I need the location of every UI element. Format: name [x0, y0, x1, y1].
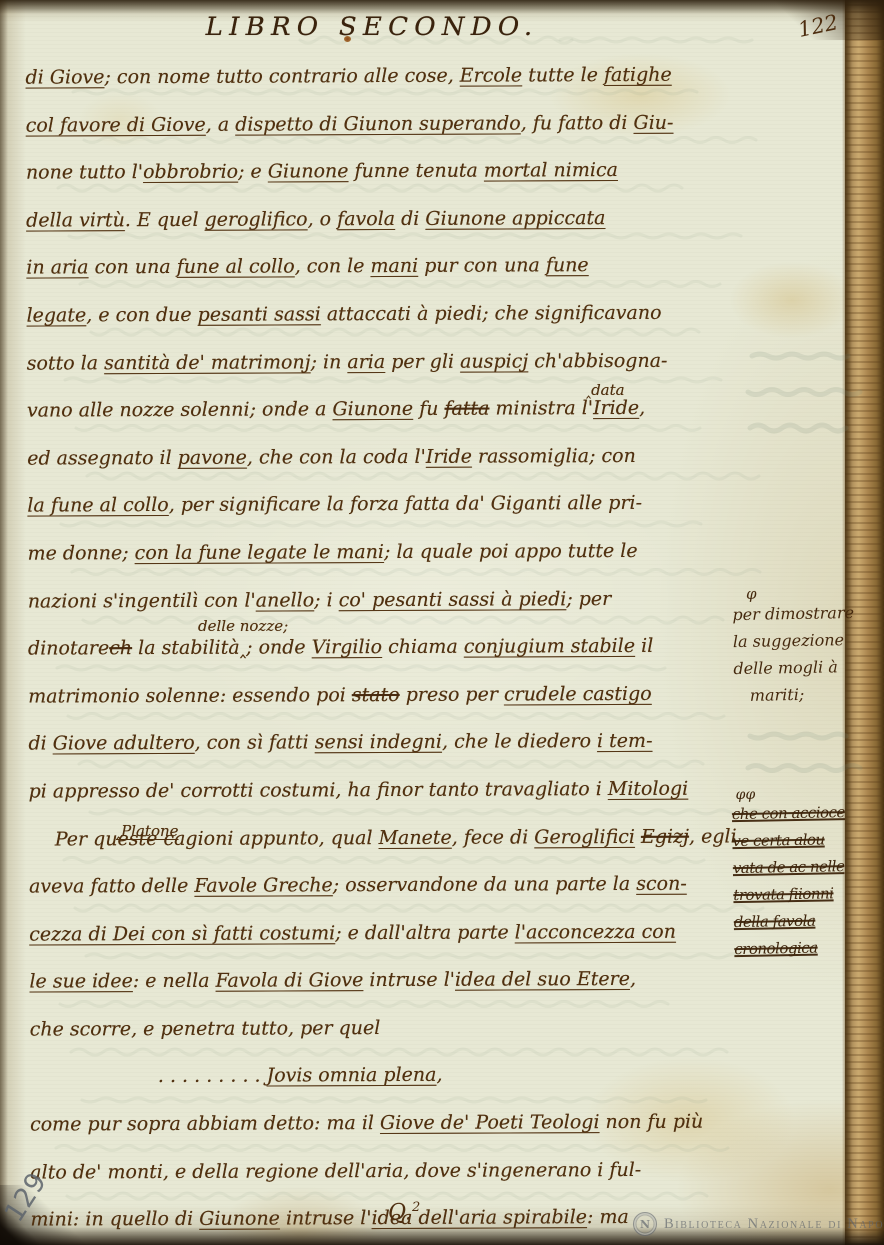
manuscript-line: matrimonio solenne: essendo poi stato pr… [28, 670, 744, 721]
text-segment: Giunone [332, 398, 413, 420]
text-segment: di [395, 208, 425, 230]
text-segment: intruse l' [363, 969, 455, 991]
text-segment: fatighe [604, 64, 672, 86]
text-segment: Giunone appiccata [425, 207, 605, 230]
text-segment: me donne; [28, 542, 135, 564]
text-segment: ch [109, 637, 132, 659]
text-segment: Giove de' Poeti Teologi [380, 1111, 600, 1134]
text-segment: rassomiglia; con [472, 445, 636, 468]
margin-note-line: mariti; [734, 680, 862, 709]
text-segment: , fu fatto di [521, 112, 634, 134]
text-segment: stato [352, 684, 400, 706]
catchword-sup: 2 [412, 1200, 420, 1215]
text-segment: l'acconcezza con [515, 920, 676, 943]
text-segment: pavone [178, 446, 247, 468]
text-segment: . . . . . . . . . [158, 1065, 267, 1087]
text-segment: intruse l' [280, 1207, 372, 1229]
text-segment: ; in [311, 351, 348, 373]
manuscript-photo: LIBRO SECONDO. 122 di Giove; con nome tu… [0, 0, 884, 1245]
text-segment: chiama [382, 636, 464, 658]
catchword-base: Q. [388, 1200, 412, 1225]
ink-spot [344, 36, 351, 42]
text-segment: cezza di Dei con sì fatti costumi [29, 922, 335, 945]
text-segment: Giunone [199, 1208, 280, 1230]
text-segment: legate [26, 304, 86, 326]
interlinear-insertion: ‸data [586, 381, 625, 399]
text-segment: dispetto di Giunon superando [235, 112, 521, 135]
text-segment: scon- [636, 873, 687, 895]
manuscript-line: pi appresso de' corrotti costumi, ha fin… [29, 765, 745, 816]
manuscript-line: le sue idee: e nella Favola di Giove int… [29, 956, 745, 1007]
text-segment: dinotare [28, 637, 109, 659]
text-segment: tutte le [522, 64, 604, 86]
text-segment: fu [413, 398, 444, 420]
manuscript-line: col favore di Giove, a dispetto di Giuno… [26, 99, 742, 150]
manuscript-line: legate, e con due pesanti sassi attaccat… [26, 289, 742, 340]
text-segment: in aria [26, 257, 88, 279]
text-segment: , che con la coda l' [247, 446, 426, 469]
text-segment: Per queste cagioni appunto, qual [55, 827, 379, 850]
manuscript-line: la fune al collo, per significare la for… [27, 480, 743, 531]
manuscript-line: me donne; con la fune legate le mani; la… [27, 527, 743, 578]
text-segment: vano alle nozze solenni; onde a [27, 398, 333, 421]
page-title: LIBRO SECONDO. [206, 12, 539, 41]
manuscript-text-block: di Giove; con nome tutto contrario alle … [25, 51, 746, 1244]
text-segment: ; e dall'altra parte [335, 921, 515, 944]
text-segment: aveva fatto delle [29, 875, 194, 898]
text-segment: Geroglifici [534, 825, 635, 847]
text-segment: Ercole [460, 64, 522, 86]
margin-note-line: cronologica [734, 934, 860, 963]
margin-note-line: la suggezione [733, 626, 861, 655]
catchword: Q.2 [388, 1200, 420, 1225]
text-segment: ed assegnato il [27, 447, 178, 470]
manuscript-line: aveva fatto delle Favole Greche; osserva… [29, 861, 745, 912]
text-segment: , e con due [86, 304, 198, 326]
text-segment: Mitologi [608, 778, 688, 800]
manuscript-line: cezza di Dei con sì fatti costumi; e dal… [29, 908, 745, 959]
manuscript-line: di Giove adultero, con sì fatti sensi in… [28, 718, 744, 769]
text-segment: . E quel [125, 209, 205, 231]
text-segment: , egli [689, 825, 737, 847]
text-segment: : e nella [133, 970, 216, 992]
text-segment: pesanti sassi [198, 303, 321, 326]
manuscript-line: . . . . . . . . . Jovis omnia plena, [30, 1051, 746, 1102]
text-segment: sotto la [27, 352, 104, 374]
manuscript-line: sotto la santità de' matrimonj; in aria … [27, 337, 743, 388]
manuscript-line: in aria con una fune al collo, con le ma… [26, 242, 742, 293]
text-segment: mortal nimica [484, 159, 618, 182]
text-segment: di Giove [25, 66, 104, 88]
manuscript-line: della virtù. E quel geroglifico, o favol… [26, 194, 742, 245]
text-segment: Virgilio [312, 636, 382, 658]
interlinear-insertion: ‸Platone [116, 822, 179, 840]
text-segment: idea del suo Etere [455, 968, 630, 991]
text-segment: anello [256, 589, 315, 611]
manuscript-line: vano alle nozze solenni; onde a Giunone … [27, 385, 743, 436]
manuscript-line: che scorre, e penetra tutto, per quel [30, 1003, 746, 1054]
text-segment: fune al collo [177, 256, 295, 279]
manuscript-line: alto de' monti, e della regione dell'ari… [30, 1146, 746, 1197]
text-segment: ; e [238, 161, 268, 183]
text-segment: favola [337, 208, 395, 230]
margin-note-line: che con accioce [732, 799, 858, 828]
margin-note-line: ve certa alou [732, 826, 858, 855]
text-segment: ; onde [246, 636, 312, 658]
text-segment: che scorre, e penetra tutto, per quel [30, 1017, 381, 1041]
text-segment: Favole Greche [194, 874, 332, 897]
text-segment: fune [546, 254, 589, 276]
library-watermark: N Biblioteca Nazionale di Napoli [633, 1212, 884, 1236]
text-segment: Giove adultero [53, 732, 195, 755]
text-segment: ; osservandone da una parte la [333, 873, 637, 896]
text-segment: Manete [379, 826, 452, 848]
text-segment: ; i [314, 589, 339, 611]
text-segment: pur con una [418, 255, 546, 278]
text-segment: ; per [566, 588, 611, 610]
text-segment: nazioni s'ingentilì con l' [28, 589, 256, 612]
text-segment: : ma [587, 1206, 629, 1228]
text-segment: di [28, 733, 52, 755]
margin-note-line: per dimostrare [732, 599, 860, 628]
text-segment: , [436, 1064, 442, 1086]
text-segment: ch'abbisogna- [528, 349, 667, 372]
text-segment: ministra l' [489, 397, 593, 419]
text-segment: ; la quale poi appo tutte le [384, 540, 638, 563]
manuscript-line: ed assegnato il pavone, che con la coda … [27, 432, 743, 483]
text-segment: pi appresso de' corrotti costumi, ha fin… [29, 778, 608, 803]
text-segment: col favore di Giove [26, 113, 206, 136]
text-segment: fatta [444, 398, 489, 420]
manuscript-line: dinotarech la stabilità‸; onde Virgilio … [28, 623, 744, 674]
text-segment: mani [370, 255, 418, 277]
book-left-edge [0, 0, 8, 1245]
text-segment: con una [88, 256, 176, 278]
margin-note-line: vata de ac nelle [733, 853, 859, 882]
text-segment: funne tenuta [348, 160, 484, 183]
text-segment: come pur sopra abbiam detto: ma il [30, 1112, 380, 1136]
text-segment: alto de' monti, e della regione dell'ari… [30, 1159, 641, 1184]
text-segment: ; con nome tutto contrario alle cose, [104, 65, 459, 89]
text-segment: , con le [295, 255, 371, 277]
manuscript-line: nazioni s'ingentilì con l'anello; i co' … [28, 575, 744, 626]
text-segment: , [639, 397, 645, 419]
text-segment: Favola di Giove [215, 969, 363, 992]
text-segment: attaccati à piedi; che significavano [321, 302, 662, 325]
text-segment: none tutto l' [26, 161, 143, 184]
text-segment: la stabilità [132, 637, 240, 659]
text-segment: , a [206, 113, 236, 135]
text-segment: matrimonio solenne: essendo poi [28, 684, 352, 707]
text-segment: , per significare la forza fatta da' Gig… [169, 492, 642, 516]
manuscript-line: come pur sopra abbiam detto: ma il Giove… [30, 1098, 746, 1149]
text-segment: auspicj [460, 350, 528, 372]
text-segment: , [630, 968, 636, 990]
text-segment: i tem- [597, 730, 653, 752]
text-segment: , che le diedero [442, 730, 597, 753]
text-segment: Giunone [268, 160, 349, 182]
library-emblem-icon: N [633, 1212, 657, 1236]
text-segment: , fece di [452, 826, 535, 848]
manuscript-line: di Giove; con nome tutto contrario alle … [25, 51, 741, 102]
margin-note-line: delle mogli à [733, 653, 861, 682]
margin-note: φ per dimostrarela suggezionedelle mogli… [732, 585, 862, 709]
text-segment: per gli [385, 350, 460, 372]
margin-note-crossed-out: φφ che con accioceve certa alouvata de a… [731, 787, 860, 963]
text-segment: le sue idee [29, 970, 132, 992]
text-segment: sensi indegni [315, 731, 442, 754]
text-segment: crudele castigo [504, 683, 652, 706]
text-segment: Iride [426, 445, 472, 467]
text-segment: con la fune legate le mani [135, 541, 384, 564]
text-segment: la fune al collo [27, 494, 168, 517]
library-watermark-text: Biblioteca Nazionale di Napoli [664, 1216, 884, 1233]
manuscript-line: none tutto l'obbrobrio; e Giunone funne … [26, 147, 742, 198]
text-segment: preso per [400, 683, 504, 705]
text-segment: , con sì fatti [195, 732, 315, 755]
text-segment: Egizj [641, 825, 689, 847]
margin-note-line: della favola [734, 907, 860, 936]
text-segment: santità de' matrimonj [104, 351, 311, 374]
margin-note-line: trovata fiionni [733, 880, 859, 909]
text-segment: , o [308, 208, 338, 230]
text-segment: Iride [593, 397, 639, 419]
text-segment: della virtù [26, 209, 125, 231]
text-segment: non fu più [599, 1111, 703, 1133]
text-segment: geroglifico [205, 208, 308, 230]
text-segment: conjugium stabile [464, 635, 635, 658]
text-segment: il [635, 635, 653, 657]
text-segment: aria [347, 351, 385, 373]
text-segment: Giu- [633, 111, 673, 133]
interlinear-insertion: delle nozze; [198, 617, 288, 635]
text-segment: mini: in quello di [30, 1208, 199, 1231]
text-segment: obbrobrio [143, 161, 238, 183]
text-segment: co' pesanti sassi à piedi [339, 588, 567, 611]
text-segment: Jovis omnia plena [267, 1064, 437, 1087]
